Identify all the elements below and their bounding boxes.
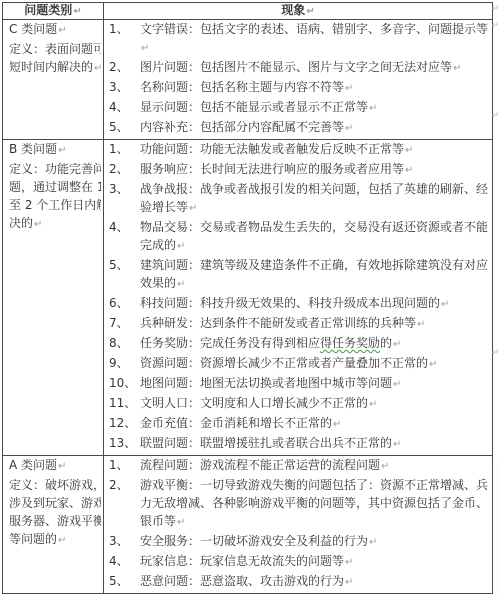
list-item: 11、文明人口：文明度和人口增长减少不正常的↵ bbox=[107, 394, 490, 414]
paragraph-mark-icon: ↵ bbox=[72, 6, 81, 17]
item-number: 6、 bbox=[107, 294, 140, 312]
paragraph-mark-icon: ↵ bbox=[176, 279, 185, 290]
phenomena-header-cell: 现象↵ bbox=[104, 3, 492, 19]
category-cell-b: B 类问题↵ 定义：功能完善问 题，通过调整在 1 至 2 个工作日内解 决的↵ bbox=[3, 140, 104, 455]
end-of-row-mark-icon: ↵ bbox=[491, 4, 499, 14]
paragraph-mark-icon: ↵ bbox=[392, 339, 401, 350]
table-header-row: 问题类别↵ 现象↵ bbox=[3, 3, 492, 20]
item-number: 8、 bbox=[107, 334, 140, 352]
category-title: A 类问题↵ bbox=[9, 456, 101, 476]
list-item: 3、名称问题：包括名称主题与内容不符等↵ bbox=[107, 78, 490, 98]
item-number: 11、 bbox=[107, 394, 140, 412]
list-item: 8、任务奖励：完成任务没有得到相应得任务奖励的↵ bbox=[107, 334, 490, 354]
item-number: 5、 bbox=[107, 256, 140, 274]
paragraph-mark-icon: ↵ bbox=[188, 203, 197, 214]
paragraph-mark-icon: ↵ bbox=[344, 123, 353, 134]
item-number: 13、 bbox=[107, 434, 140, 452]
item-text: 建筑问题：建筑等级及建造条件不正确，有效地拆除建筑没有对应效果的↵ bbox=[140, 256, 490, 294]
category-cell-a: A 类问题↵ 定义：破坏游戏， 涉及到玩家、游戏、 服务器、游戏平衡 等问题的↵ bbox=[3, 456, 104, 593]
category-header-cell: 问题类别↵ bbox=[3, 3, 104, 19]
list-item: 2、图片问题：包括图片不能显示、图片与文字之间无法对应等↵ bbox=[107, 58, 490, 78]
paragraph-mark-icon: ↵ bbox=[344, 577, 353, 588]
paragraph-mark-icon: ↵ bbox=[368, 399, 377, 410]
paragraph-mark-icon: ↵ bbox=[305, 6, 314, 17]
list-item: 3、安全服务：一切破坏游戏安全及利益的行为↵ bbox=[107, 532, 490, 552]
end-of-row-mark-icon: ↵ bbox=[491, 348, 499, 358]
list-item: 12、金币充值：金币消耗和增长不正常的↵ bbox=[107, 414, 490, 434]
item-text: 显示问题：包括不能显示或者显示不正常等↵ bbox=[140, 98, 490, 118]
list-item: 5、恶意问题：恶意盗取、攻击游戏的行为↵ bbox=[107, 572, 490, 592]
item-text: 图片问题：包括图片不能显示、图片与文字之间无法对应等↵ bbox=[140, 58, 490, 78]
item-text: 金币充值：金币消耗和增长不正常的↵ bbox=[140, 414, 490, 434]
item-number: 10、 bbox=[107, 374, 140, 392]
end-of-row-mark-icon: ↵ bbox=[491, 111, 499, 121]
list-item: 6、科技问题：科技升级无效果的、科技升级成本出现问题的↵ bbox=[107, 294, 490, 314]
category-definition-line: 定义：功能完善问 bbox=[9, 160, 101, 178]
category-definition-line: 定义：破坏游戏， bbox=[9, 476, 101, 494]
paragraph-mark-icon: ↵ bbox=[93, 63, 101, 74]
list-item: 5、内容补充：包括部分内容配属不完善等↵ bbox=[107, 118, 490, 138]
paragraph-mark-icon: ↵ bbox=[392, 439, 401, 450]
item-text: 流程问题：游戏流程不能正常运营的流程问题↵ bbox=[140, 456, 490, 476]
item-number: 12、 bbox=[107, 414, 140, 432]
item-number: 3、 bbox=[107, 180, 140, 198]
item-text: 兵种研发：达到条件不能研发或者正常训练的兵种等↵ bbox=[140, 314, 490, 334]
item-text: 服务响应：长时间无法进行响应的服务或者应用等↵ bbox=[140, 160, 490, 180]
item-text: 玩家信息：玩家信息无故流失的问题等↵ bbox=[140, 552, 490, 572]
list-item: 7、兵种研发：达到条件不能研发或者正常训练的兵种等↵ bbox=[107, 314, 490, 334]
category-definition-line: 至 2 个工作日内解 bbox=[9, 196, 101, 214]
items-cell-a: 1、流程问题：游戏流程不能正常运营的流程问题↵ 2、游戏平衡：一切导致游戏失衡的… bbox=[104, 456, 492, 593]
item-number: 4、 bbox=[107, 98, 140, 116]
item-number: 2、 bbox=[107, 58, 140, 76]
item-text: 科技问题：科技升级无效果的、科技升级成本出现问题的↵ bbox=[140, 294, 490, 314]
item-number: 4、 bbox=[107, 218, 140, 236]
category-definition-line: 短时间内解决的↵ bbox=[9, 58, 101, 78]
category-definition-line: 涉及到玩家、游戏、 bbox=[9, 494, 101, 512]
items-cell-c: 1、文字错误：包括文字的表述、语病、错别字、多音字、问题提示等↵ 2、图片问题：… bbox=[104, 20, 492, 139]
category-title: B 类问题↵ bbox=[9, 140, 101, 160]
item-number: 3、 bbox=[107, 532, 140, 550]
item-number: 1、 bbox=[107, 20, 140, 38]
category-definition-line: 决的↵ bbox=[9, 214, 101, 234]
item-text: 安全服务：一切破坏游戏安全及利益的行为↵ bbox=[140, 532, 490, 552]
paragraph-mark-icon: ↵ bbox=[332, 419, 341, 430]
list-item: 4、显示问题：包括不能显示或者显示不正常等↵ bbox=[107, 98, 490, 118]
item-number: 4、 bbox=[107, 552, 140, 570]
item-text: 内容补充：包括部分内容配属不完善等↵ bbox=[140, 118, 490, 138]
category-cell-c: C 类问题↵ 定义：表面问题可 短时间内解决的↵ bbox=[3, 20, 104, 139]
item-number: 5、 bbox=[107, 572, 140, 590]
paragraph-mark-icon: ↵ bbox=[344, 83, 353, 94]
item-text: 战争战报：战争或者战报引发的相关问题，包括了英雄的刷新、经验增长等↵ bbox=[140, 180, 490, 218]
item-number: 1、 bbox=[107, 456, 140, 474]
item-number: 9、 bbox=[107, 354, 140, 372]
list-item: 10、地图问题：地图无法切换或者地图中城市等问题↵ bbox=[107, 374, 490, 394]
item-text: 文字错误：包括文字的表述、语病、错别字、多音字、问题提示等↵ bbox=[140, 20, 490, 58]
category-definition-line: 服务器、游戏平衡 bbox=[9, 512, 101, 530]
list-item: 5、建筑问题：建筑等级及建造条件不正确，有效地拆除建筑没有对应效果的↵ bbox=[107, 256, 490, 294]
paragraph-mark-icon: ↵ bbox=[368, 537, 377, 548]
grammar-underline-text: 得任务奖励 bbox=[320, 336, 380, 350]
list-item: 2、游戏平衡：一切导致游戏失衡的问题包括了：资源不正常增减、兵力无敌增减、各种影… bbox=[107, 476, 490, 532]
paragraph-mark-icon: ↵ bbox=[140, 43, 149, 54]
category-definition-line: 等问题的↵ bbox=[9, 530, 101, 550]
paragraph-mark-icon: ↵ bbox=[416, 319, 425, 330]
paragraph-mark-icon: ↵ bbox=[344, 557, 353, 568]
document-page: 问题类别↵ 现象↵ C 类问题↵ 定义：表面问题可 短时间内解决的↵ 1、文字错… bbox=[0, 0, 500, 457]
paragraph-mark-icon: ↵ bbox=[428, 359, 437, 370]
paragraph-mark-icon: ↵ bbox=[368, 103, 377, 114]
paragraph-mark-icon: ↵ bbox=[176, 517, 185, 528]
item-number: 3、 bbox=[107, 78, 140, 96]
issue-table: 问题类别↵ 现象↵ C 类问题↵ 定义：表面问题可 短时间内解决的↵ 1、文字错… bbox=[2, 2, 493, 594]
category-definition-line: 题，通过调整在 1 bbox=[9, 178, 101, 196]
item-text: 文明人口：文明度和人口增长减少不正常的↵ bbox=[140, 394, 490, 414]
items-cell-b: 1、功能问题：功能无法触发或者触发后反映不正常等↵ 2、服务响应：长时间无法进行… bbox=[104, 140, 492, 455]
item-number: 2、 bbox=[107, 160, 140, 178]
item-text: 任务奖励：完成任务没有得到相应得任务奖励的↵ bbox=[140, 334, 490, 354]
end-of-row-mark-icon: ↵ bbox=[491, 21, 499, 31]
item-number: 7、 bbox=[107, 314, 140, 332]
category-header-label: 问题类别 bbox=[24, 3, 72, 17]
item-text: 游戏平衡：一切导致游戏失衡的问题包括了：资源不正常增减、兵力无敌增减、各种影响游… bbox=[140, 476, 490, 532]
paragraph-mark-icon: ↵ bbox=[452, 63, 461, 74]
paragraph-mark-icon: ↵ bbox=[57, 145, 66, 156]
item-text: 名称问题：包括名称主题与内容不符等↵ bbox=[140, 78, 490, 98]
list-item: 9、资源问题：资源增长减少不正常或者产量叠加不正常的↵ bbox=[107, 354, 490, 374]
paragraph-mark-icon: ↵ bbox=[440, 299, 449, 310]
paragraph-mark-icon: ↵ bbox=[380, 461, 389, 472]
list-item: 4、物品交易：交易或者物品发生丢失的，交易没有返还资源或者不能完成的↵ bbox=[107, 218, 490, 256]
list-item: 1、功能问题：功能无法触发或者触发后反映不正常等↵ bbox=[107, 140, 490, 160]
paragraph-mark-icon: ↵ bbox=[392, 379, 401, 390]
item-number: 5、 bbox=[107, 118, 140, 136]
item-number: 2、 bbox=[107, 476, 140, 494]
item-text: 物品交易：交易或者物品发生丢失的，交易没有返还资源或者不能完成的↵ bbox=[140, 218, 490, 256]
paragraph-mark-icon: ↵ bbox=[57, 25, 66, 36]
paragraph-mark-icon: ↵ bbox=[57, 535, 66, 546]
phenomena-header-label: 现象 bbox=[281, 3, 305, 17]
table-row-a: A 类问题↵ 定义：破坏游戏， 涉及到玩家、游戏、 服务器、游戏平衡 等问题的↵… bbox=[3, 456, 492, 593]
list-item: 13、联盟问题：联盟增援驻扎或者联合出兵不正常的↵ bbox=[107, 434, 490, 454]
item-text: 资源问题：资源增长减少不正常或者产量叠加不正常的↵ bbox=[140, 354, 490, 374]
item-text: 地图问题：地图无法切换或者地图中城市等问题↵ bbox=[140, 374, 490, 394]
paragraph-mark-icon: ↵ bbox=[57, 461, 66, 472]
list-item: 3、战争战报：战争或者战报引发的相关问题，包括了英雄的刷新、经验增长等↵ bbox=[107, 180, 490, 218]
paragraph-mark-icon: ↵ bbox=[33, 219, 42, 230]
paragraph-mark-icon: ↵ bbox=[176, 241, 185, 252]
item-text: 联盟问题：联盟增援驻扎或者联合出兵不正常的↵ bbox=[140, 434, 490, 454]
list-item: 1、流程问题：游戏流程不能正常运营的流程问题↵ bbox=[107, 456, 490, 476]
paragraph-mark-icon: ↵ bbox=[404, 165, 413, 176]
table-row-b: B 类问题↵ 定义：功能完善问 题，通过调整在 1 至 2 个工作日内解 决的↵… bbox=[3, 140, 492, 456]
item-text: 恶意问题：恶意盗取、攻击游戏的行为↵ bbox=[140, 572, 490, 592]
category-title: C 类问题↵ bbox=[9, 20, 101, 40]
paragraph-mark-icon: ↵ bbox=[404, 145, 413, 156]
table-row-c: C 类问题↵ 定义：表面问题可 短时间内解决的↵ 1、文字错误：包括文字的表述、… bbox=[3, 20, 492, 140]
item-text: 功能问题：功能无法触发或者触发后反映不正常等↵ bbox=[140, 140, 490, 160]
category-definition-line: 定义：表面问题可 bbox=[9, 40, 101, 58]
list-item: 2、服务响应：长时间无法进行响应的服务或者应用等↵ bbox=[107, 160, 490, 180]
list-item: 4、玩家信息：玩家信息无故流失的问题等↵ bbox=[107, 552, 490, 572]
list-item: 1、文字错误：包括文字的表述、语病、错别字、多音字、问题提示等↵ bbox=[107, 20, 490, 58]
item-number: 1、 bbox=[107, 140, 140, 158]
